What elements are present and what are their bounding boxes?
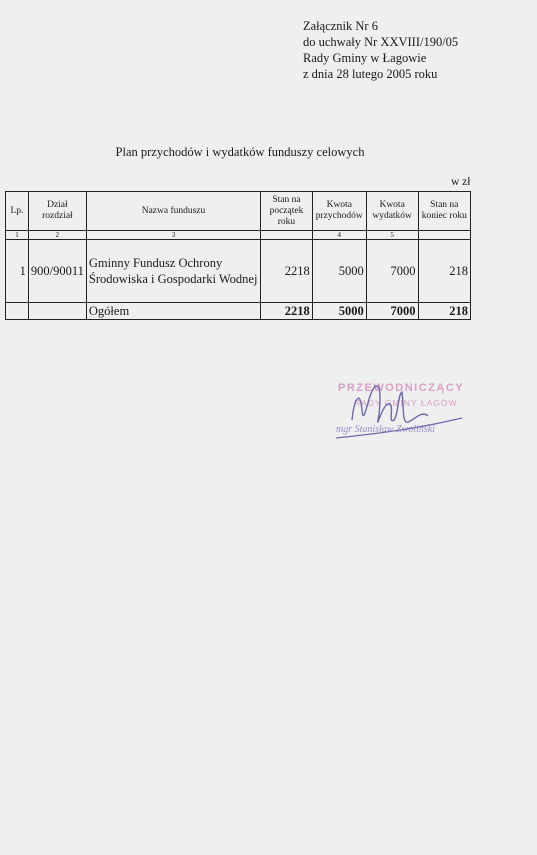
resolution-number: do uchwały Nr XXVIII/190/05 xyxy=(303,34,458,50)
cell-przychody: 5000 xyxy=(312,240,366,303)
attachment-number: Załącznik Nr 6 xyxy=(303,18,458,34)
cell-stan-koniec: 218 xyxy=(418,240,470,303)
total-stan-koniec: 218 xyxy=(418,303,470,320)
col-header: Nazwa funduszu xyxy=(86,192,260,231)
funds-table: Lp. Dział rozdział Nazwa funduszu Stan n… xyxy=(5,191,471,320)
total-stan-poczatek: 2218 xyxy=(261,303,313,320)
document-title: Plan przychodów i wydatków funduszy celo… xyxy=(0,145,480,160)
col-header: Stan na koniec roku xyxy=(418,192,470,231)
col-header: Kwota wydatków xyxy=(366,192,418,231)
column-number-row: 1 2 3 4 5 xyxy=(6,231,471,240)
table-header-row: Lp. Dział rozdział Nazwa funduszu Stan n… xyxy=(6,192,471,231)
attachment-header: Załącznik Nr 6 do uchwały Nr XXVIII/190/… xyxy=(303,18,458,82)
col-number: 4 xyxy=(312,231,366,240)
signature-stamp: PRZEWODNICZĄCY RADY GMINY ŁAGÓW mgr Stan… xyxy=(332,380,492,450)
col-header: Lp. xyxy=(6,192,29,231)
cell-lp: 1 xyxy=(6,240,29,303)
col-number xyxy=(261,231,313,240)
col-number: 1 xyxy=(6,231,29,240)
total-przychody: 5000 xyxy=(312,303,366,320)
cell-dzial: 900/90011 xyxy=(28,240,86,303)
resolution-date: z dnia 28 lutego 2005 roku xyxy=(303,66,458,82)
table-row: 1 900/90011 Gminny Fundusz Ochrony Środo… xyxy=(6,240,471,303)
col-header: Dział rozdział xyxy=(28,192,86,231)
cell-nazwa: Gminny Fundusz Ochrony Środowiska i Gosp… xyxy=(86,240,260,303)
total-row: Ogółem 2218 5000 7000 218 xyxy=(6,303,471,320)
currency-unit: w zł xyxy=(451,176,470,188)
cell-empty xyxy=(28,303,86,320)
signature-icon xyxy=(332,380,492,450)
council-name: Rady Gminy w Łagowie xyxy=(303,50,458,66)
total-wydatki: 7000 xyxy=(366,303,418,320)
total-label: Ogółem xyxy=(86,303,260,320)
col-header: Stan na początek roku xyxy=(261,192,313,231)
col-header: Kwota przychodów xyxy=(312,192,366,231)
col-number: 5 xyxy=(366,231,418,240)
cell-empty xyxy=(6,303,29,320)
cell-wydatki: 7000 xyxy=(366,240,418,303)
cell-stan-poczatek: 2218 xyxy=(261,240,313,303)
col-number xyxy=(418,231,470,240)
col-number: 2 xyxy=(28,231,86,240)
col-number: 3 xyxy=(86,231,260,240)
